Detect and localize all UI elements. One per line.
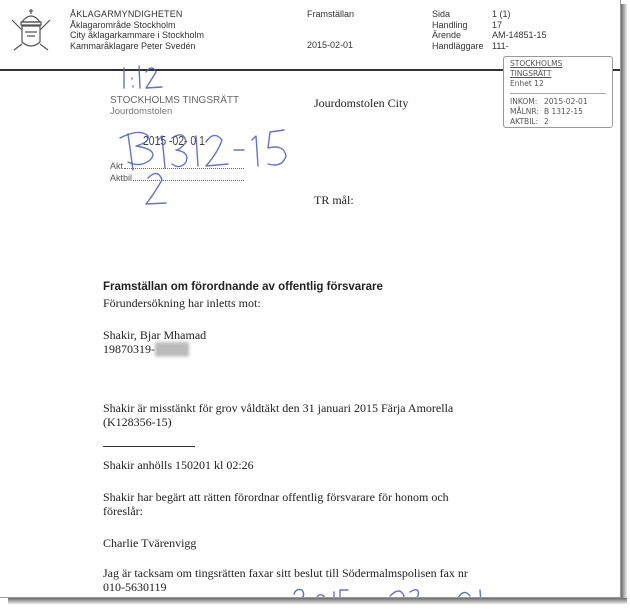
request-line-1: Shakir har begärt att rätten förordnar o… xyxy=(103,490,449,504)
request-line-2: föreslår: xyxy=(103,504,143,518)
suspicion-line-2: (K128356-15) xyxy=(103,415,172,429)
tr-mal-label: TR mål: xyxy=(314,193,354,207)
proposed-counsel: Charlie Tvärenvigg xyxy=(103,536,196,550)
section-separator xyxy=(103,446,195,447)
received-stamp-unit: Jourdomstolen xyxy=(110,106,239,117)
stamp-court-name: STOCKHOLMS TINGSRÄTT xyxy=(510,59,606,79)
intro-text: Förundersökning har inletts mot: xyxy=(103,296,261,310)
arrest-text: Shakir anhölls 150201 kl 02:26 xyxy=(103,458,254,472)
stamp-unit: Enhet 12 xyxy=(510,79,606,89)
stamp-divider xyxy=(510,93,606,94)
akt-line: Akt xyxy=(110,161,244,171)
redacted-id-suffix: ████ xyxy=(155,342,189,356)
document-date: 2015-02-01 xyxy=(307,40,353,51)
meta-row-handler: Handläggare111- xyxy=(432,41,547,52)
received-stamp-date: 2015 -02- 0 1 xyxy=(143,133,205,148)
suspect-name: Shakir, Bjar Mhamad xyxy=(103,328,206,342)
recipient: Jourdomstolen City xyxy=(314,96,408,110)
organization-chamber: City åklagarkammare i Stockholm xyxy=(70,30,204,41)
prosecutor-office-block: ÅKLAGARMYNDIGHETEN Åklagarområde Stockho… xyxy=(70,9,204,51)
aktbil-line: Aktbil xyxy=(110,173,244,183)
scanned-document-page: ÅKLAGARMYNDIGHETEN Åklagarområde Stockho… xyxy=(0,0,621,598)
suspect-id: 19870319-████ xyxy=(103,342,189,356)
received-stamp-court: STOCKHOLMS TINGSRÄTT xyxy=(110,95,239,106)
suspicion-line-1: Shakir är misstänkt för grov våldtäkt de… xyxy=(103,401,453,415)
stamp-row-received: INKOM:2015-02-01 xyxy=(510,97,606,107)
closing-line-1: Jag är tacksam om tingsrätten faxar sitt… xyxy=(103,566,468,580)
crown-coat-of-arms-icon xyxy=(8,6,54,58)
meta-row-document: Handling17 xyxy=(432,20,547,31)
received-stamp: STOCKHOLMS TINGSRÄTT Jourdomstolen xyxy=(110,95,239,117)
meta-row-page: Sida1 (1) xyxy=(432,9,547,20)
prosecutor-name: Kammaråklagare Peter Svedén xyxy=(70,41,204,52)
document-title: Framställan om förordnande av offentlig … xyxy=(103,281,383,293)
organization-name: ÅKLAGARMYNDIGHETEN xyxy=(70,9,204,20)
closing-line-2: 010-5630119 xyxy=(103,580,167,594)
court-registration-stamp: STOCKHOLMS TINGSRÄTT Enhet 12 INKOM:2015… xyxy=(503,56,613,128)
meta-row-case: ÄrendeAM-14851-15 xyxy=(432,30,547,41)
page-shadow-right xyxy=(621,4,627,602)
document-type: Framställan xyxy=(307,9,354,20)
document-meta: Sida1 (1) Handling17 ÄrendeAM-14851-15 H… xyxy=(432,9,547,51)
page-shadow-bottom xyxy=(8,598,627,604)
stamp-row-attachment: AKTBIL:2 xyxy=(510,117,606,127)
stamp-row-case-number: MÅLNR:B 1312-15 xyxy=(510,107,606,117)
organization-area: Åklagarområde Stockholm xyxy=(70,20,204,31)
